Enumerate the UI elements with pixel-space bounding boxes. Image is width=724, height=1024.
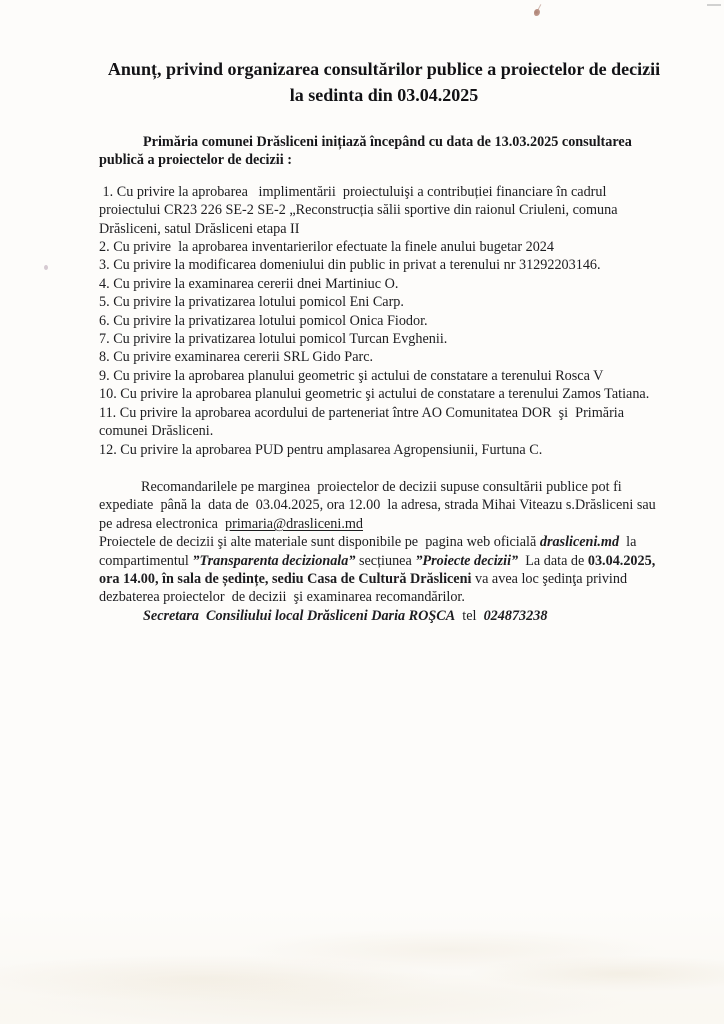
- list-item: 10. Cu privire la aprobarea planului geo…: [99, 385, 669, 403]
- tel-label: tel: [455, 608, 483, 624]
- official-website: drasliceni.md: [540, 534, 619, 550]
- list-item: 1. Cu privire la aprobarea implimentării…: [99, 183, 669, 238]
- availability-text: La data de: [518, 553, 588, 569]
- list-item: 9. Cu privire la aprobarea planului geom…: [99, 367, 669, 385]
- phone-number: 024873238: [484, 608, 548, 624]
- document-content: Anunț, privind organizarea consultărilor…: [99, 56, 669, 625]
- recommendations-text: Recomandarilele pe marginea proiectelor …: [99, 479, 659, 532]
- availability-text: Proiectele de decizii şi alte materiale …: [99, 534, 540, 550]
- list-item: 5. Cu privire la privatizarea lotului po…: [99, 293, 669, 311]
- decision-list: 1. Cu privire la aprobarea implimentării…: [99, 183, 669, 459]
- intro-paragraph: Primăria comunei Drăsliceni inițiază înc…: [99, 133, 669, 170]
- list-item: 4. Cu privire la examinarea cererii dnei…: [99, 275, 669, 293]
- list-item: 7. Cu privire la privatizarea lotului po…: [99, 330, 669, 348]
- scanned-announcement-page: Anunț, privind organizarea consultărilor…: [0, 0, 724, 1024]
- email-address: primaria@drasliceni.md: [225, 516, 363, 532]
- list-item: 3. Cu privire la modificarea domeniului …: [99, 256, 669, 274]
- list-item: 11. Cu privire la aprobarea acordului de…: [99, 404, 669, 441]
- list-item: 8. Cu privire examinarea cererii SRL Gid…: [99, 348, 669, 366]
- scan-texture-band: [0, 904, 724, 1024]
- document-title: Anunț, privind organizarea consultărilor…: [99, 56, 669, 108]
- availability-paragraph: Proiectele de decizii şi alte materiale …: [99, 533, 669, 607]
- secretary-name: Secretara Consiliului local Drăsliceni D…: [143, 608, 455, 624]
- scan-edge-dash: [707, 4, 721, 6]
- section-transparency-label: ”Transparenta decizionala”: [192, 553, 355, 569]
- recommendations-paragraph: Recomandarilele pe marginea proiectelor …: [99, 478, 669, 533]
- list-item: 2. Cu privire la aprobarea inventarieril…: [99, 238, 669, 256]
- list-item: 12. Cu privire la aprobarea PUD pentru a…: [99, 441, 669, 459]
- section-projects-label: ”Proiecte decizii”: [415, 553, 518, 569]
- scan-faint-speck: [44, 265, 48, 270]
- list-item: 6. Cu privire la privatizarea lotului po…: [99, 312, 669, 330]
- scan-speck-mark: [534, 9, 540, 16]
- availability-text: secțiunea: [355, 553, 415, 569]
- signature-line: Secretara Consiliului local Drăsliceni D…: [99, 607, 669, 625]
